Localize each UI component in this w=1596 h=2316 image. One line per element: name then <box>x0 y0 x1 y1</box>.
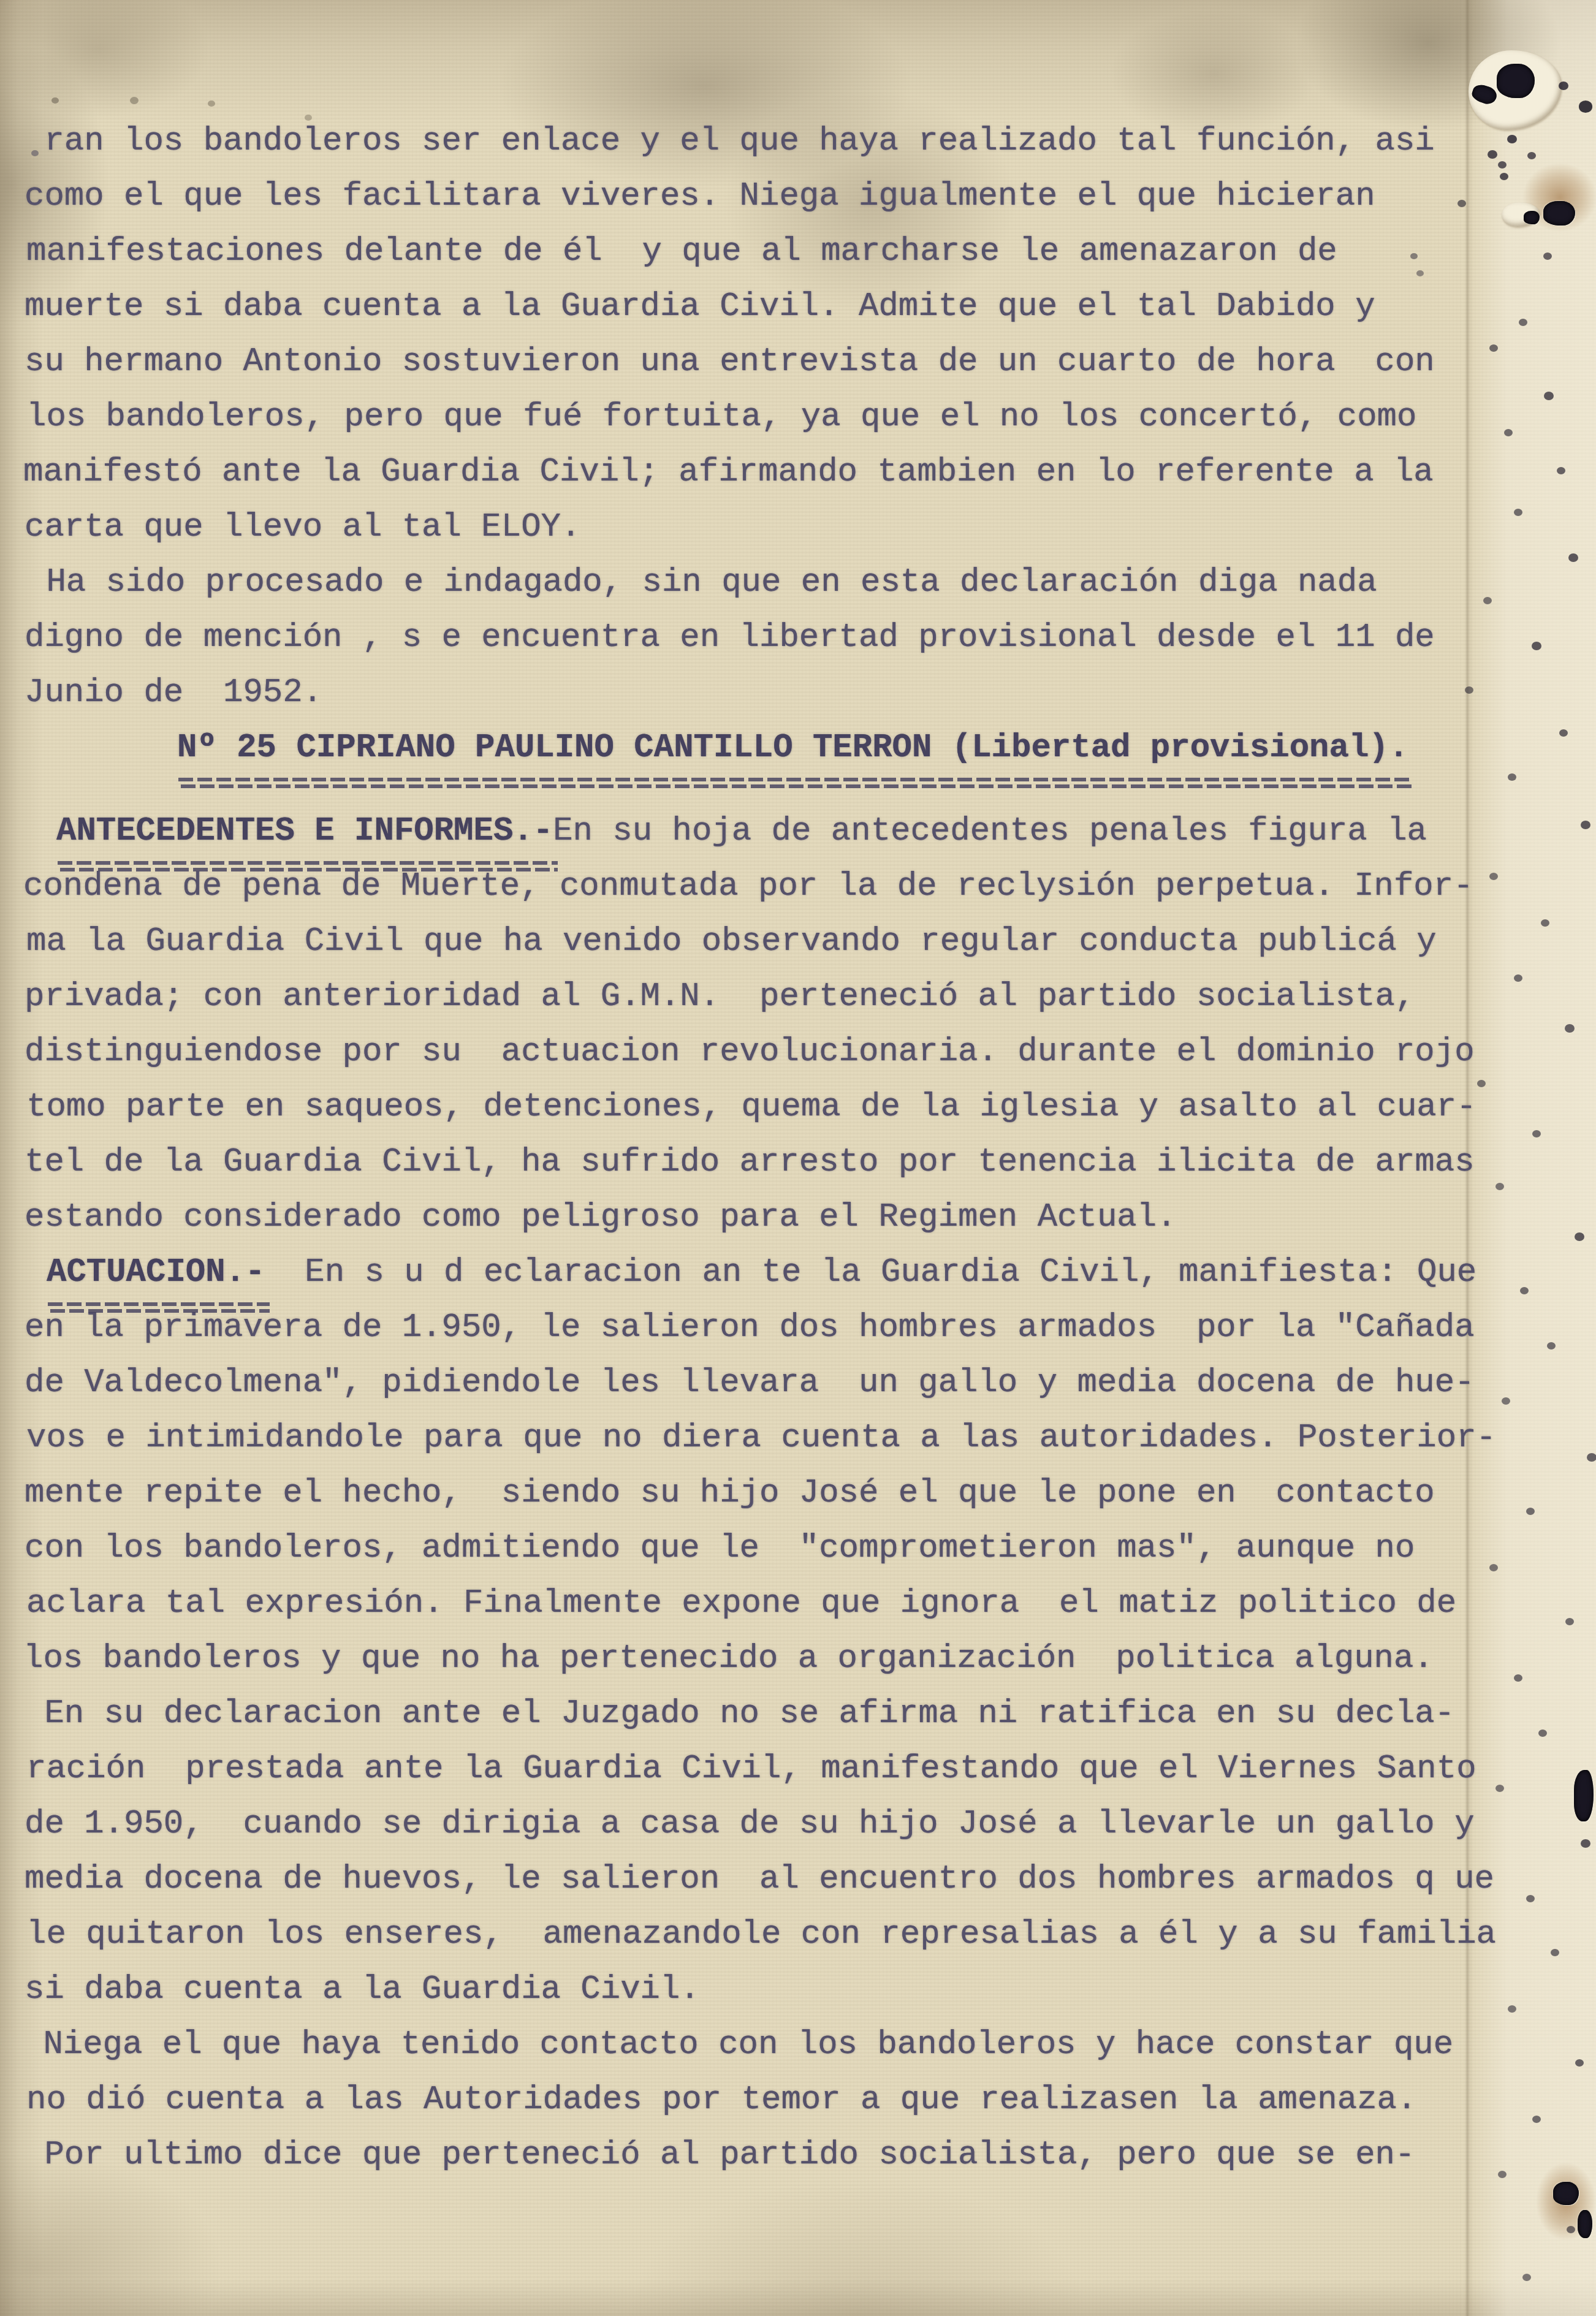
text-line-rest: En su hoja de antecedentes penales figur… <box>553 813 1427 850</box>
text-line: los bandoleros y que no ha pertenecido a… <box>23 1631 1568 1687</box>
section-label: ANTECEDENTES E INFORMES.- <box>56 804 553 859</box>
text-line: como el que les facilitara viveres. Nieg… <box>25 169 1569 224</box>
text-line: ACTUACION.- En s u d eclaracion an te la… <box>23 1245 1568 1300</box>
text-line: con los bandoleros, admitiendo que le "c… <box>25 1521 1569 1576</box>
section-label: ACTUACION.- <box>47 1245 265 1300</box>
ink-specks <box>0 0 6 5</box>
paper-hole <box>1524 211 1540 224</box>
text-line: manifestó ante la Guardia Civil; afirman… <box>23 445 1568 500</box>
text-line: En su declaracion ante el Juzgado no se … <box>25 1687 1569 1742</box>
paper-hole <box>1574 1770 1594 1821</box>
text-line: mente repite el hecho, siendo su hijo Jo… <box>25 1466 1569 1521</box>
text-line: ANTECEDENTES E INFORMES.-En su hoja de a… <box>25 804 1569 859</box>
text-line: privada; con anterioridad al G.M.N. pert… <box>25 970 1569 1025</box>
text-line: tomo parte en saqueos, detenciones, quem… <box>26 1080 1571 1135</box>
text-line: de 1.950, cuando se dirigia a casa de su… <box>25 1797 1569 1852</box>
text-line: ran los bandoleros ser enlace y el que h… <box>25 114 1569 169</box>
text-line: si daba cuenta a la Guardia Civil. <box>25 1962 1569 2018</box>
text-line: le quitaron los enseres, amenazandole co… <box>26 1907 1571 1962</box>
paper-hole <box>1553 2182 1579 2205</box>
text-line: vos e intimidandole para que no diera cu… <box>26 1411 1571 1466</box>
text-line: no dió cuenta a las Autoridades por temo… <box>26 2073 1571 2128</box>
text-line: los bandoleros, pero que fué fortuita, y… <box>26 390 1571 445</box>
text-line: distinguiendose por su actuacion revoluc… <box>25 1025 1569 1080</box>
paper-hole <box>1497 64 1535 98</box>
scanned-page: ran los bandoleros ser enlace y el que h… <box>0 0 1596 2316</box>
text-line: su hermano Antonio sostuvieron una entre… <box>25 335 1569 390</box>
paper-hole <box>1578 2210 1592 2238</box>
text-line: ma la Guardia Civil que ha venido observ… <box>26 914 1571 970</box>
text-line: tel de la Guardia Civil, ha sufrido arre… <box>25 1135 1569 1190</box>
text-line: media docena de huevos, le salieron al e… <box>25 1852 1569 1907</box>
text-line: manifestaciones delante de él y que al m… <box>26 224 1571 279</box>
text-line: Por ultimo dice que perteneció al partid… <box>25 2128 1569 2183</box>
text-line: carta que llevo al tal ELOY. <box>25 500 1569 555</box>
text-line: muerte si daba cuenta a la Guardia Civil… <box>25 279 1569 335</box>
text-line: digno de mención , s e encuentra en libe… <box>25 610 1569 666</box>
text-line: Junio de 1952. <box>25 666 1569 721</box>
text-line: Ha sido procesado e indagado, sin que en… <box>26 555 1571 610</box>
text-line: condena de pena de Muerte, conmutada por… <box>23 859 1568 914</box>
text-line: de Valdecolmena", pidiendole les llevara… <box>25 1356 1569 1411</box>
text-line-rest: En s u d eclaracion an te la Guardia Civ… <box>265 1254 1476 1291</box>
text-line: estando considerado como peligroso para … <box>25 1190 1569 1245</box>
section-heading-text: Nº 25 CIPRIANO PAULINO CANTILLO TERRON (… <box>177 721 1408 776</box>
document-text: ran los bandoleros ser enlace y el que h… <box>25 114 1569 2183</box>
text-line: ración prestada ante la Guardia Civil, m… <box>26 1742 1571 1797</box>
text-line: aclara tal expresión. Finalmente expone … <box>26 1576 1571 1631</box>
paper-hole <box>1543 201 1575 226</box>
section-heading: Nº 25 CIPRIANO PAULINO CANTILLO TERRON (… <box>26 721 1571 776</box>
text-line: Niega el que haya tenido contacto con lo… <box>23 2018 1568 2073</box>
